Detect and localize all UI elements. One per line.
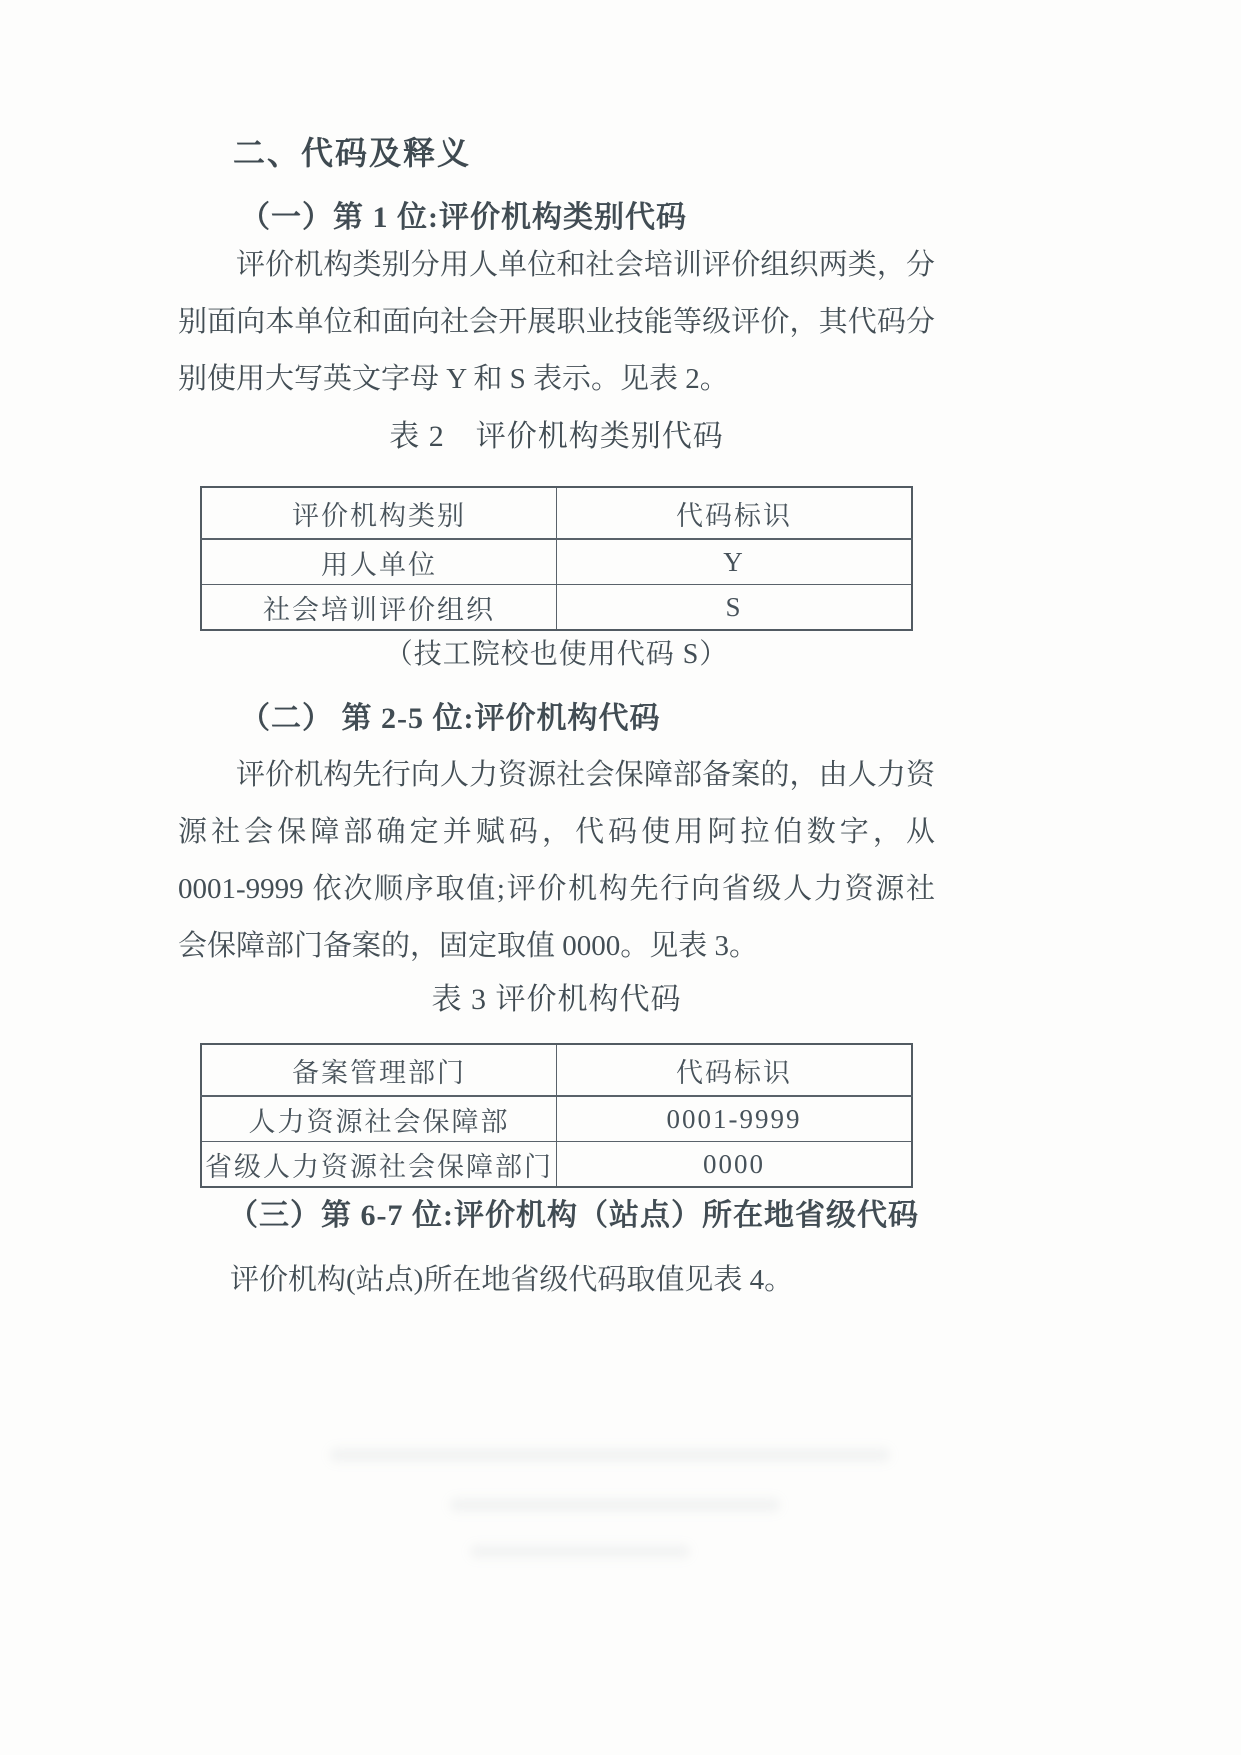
table-cell: 社会培训评价组织 xyxy=(201,585,557,631)
paragraph-line: 别使用大写英文字母 Y 和 S 表示。见表 2。 xyxy=(178,351,935,408)
main-heading: 二、代码及释义 xyxy=(233,128,471,174)
table-2-caption: 表 2 评价机构类别代码 xyxy=(178,410,935,464)
table-2-header-row: 评价机构类别 代码标识 xyxy=(201,487,912,539)
scan-bleed-artifact xyxy=(450,1498,780,1512)
paragraph-line: 0001-9999 依次顺序取值;评价机构先行向省级人力资源社 xyxy=(178,861,935,918)
section-2-paragraph: 评价机构先行向人力资源社会保障部备案的，由人力资 源社会保障部确定并赋码，代码使… xyxy=(178,747,935,975)
paragraph-line: 评价机构先行向人力资源社会保障部备案的，由人力资 xyxy=(178,747,935,804)
table-cell: Y xyxy=(557,539,913,585)
table-cell: 人力资源社会保障部 xyxy=(201,1096,557,1142)
section-3-paragraph: 评价机构(站点)所在地省级代码取值见表 4。 xyxy=(230,1252,793,1309)
paragraph-line: 别面向本单位和面向社会开展职业技能等级评价，其代码分 xyxy=(178,294,935,351)
section-3-heading: （三）第 6-7 位:评价机构（站点）所在地省级代码 xyxy=(228,1190,919,1234)
table-cell: 用人单位 xyxy=(201,539,557,585)
table-row: 社会培训评价组织 S xyxy=(201,585,912,631)
scan-bleed-artifact xyxy=(330,1448,890,1462)
table-cell: 0001-9999 xyxy=(557,1096,913,1142)
table-cell: 0000 xyxy=(557,1142,913,1188)
paragraph-line: 会保障部门备案的，固定取值 0000。见表 3。 xyxy=(178,918,935,975)
document-page: 二、代码及释义 （一）第 1 位:评价机构类别代码 评价机构类别分用人单位和社会… xyxy=(0,0,1241,1755)
table-cell: 省级人力资源社会保障部门 xyxy=(201,1142,557,1188)
table-3-header-cell: 代码标识 xyxy=(557,1044,913,1096)
table-3-caption: 表 3 评价机构代码 xyxy=(178,973,935,1027)
table-2-header-cell: 代码标识 xyxy=(557,487,913,539)
section-2-heading: （二） 第 2-5 位:评价机构代码 xyxy=(240,693,660,737)
table-row: 省级人力资源社会保障部门 0000 xyxy=(201,1142,912,1188)
scan-bleed-artifact xyxy=(470,1545,690,1558)
table-cell: S xyxy=(557,585,913,631)
table-row: 用人单位 Y xyxy=(201,539,912,585)
table-3: 备案管理部门 代码标识 人力资源社会保障部 0001-9999 省级人力资源社会… xyxy=(200,1043,913,1188)
section-1-paragraph: 评价机构类别分用人单位和社会培训评价组织两类，分 别面向本单位和面向社会开展职业… xyxy=(178,237,935,408)
table-3-header-row: 备案管理部门 代码标识 xyxy=(201,1044,912,1096)
section-1-heading: （一）第 1 位:评价机构类别代码 xyxy=(240,192,687,236)
table-row: 人力资源社会保障部 0001-9999 xyxy=(201,1096,912,1142)
table-2-header-cell: 评价机构类别 xyxy=(201,487,557,539)
table-2: 评价机构类别 代码标识 用人单位 Y 社会培训评价组织 S xyxy=(200,486,913,631)
paragraph-line: 评价机构类别分用人单位和社会培训评价组织两类，分 xyxy=(178,237,935,294)
table-2-note: （技工院校也使用代码 S） xyxy=(178,630,935,680)
table-3-header-cell: 备案管理部门 xyxy=(201,1044,557,1096)
paragraph-line: 源社会保障部确定并赋码，代码使用阿拉伯数字，从 xyxy=(178,804,935,861)
